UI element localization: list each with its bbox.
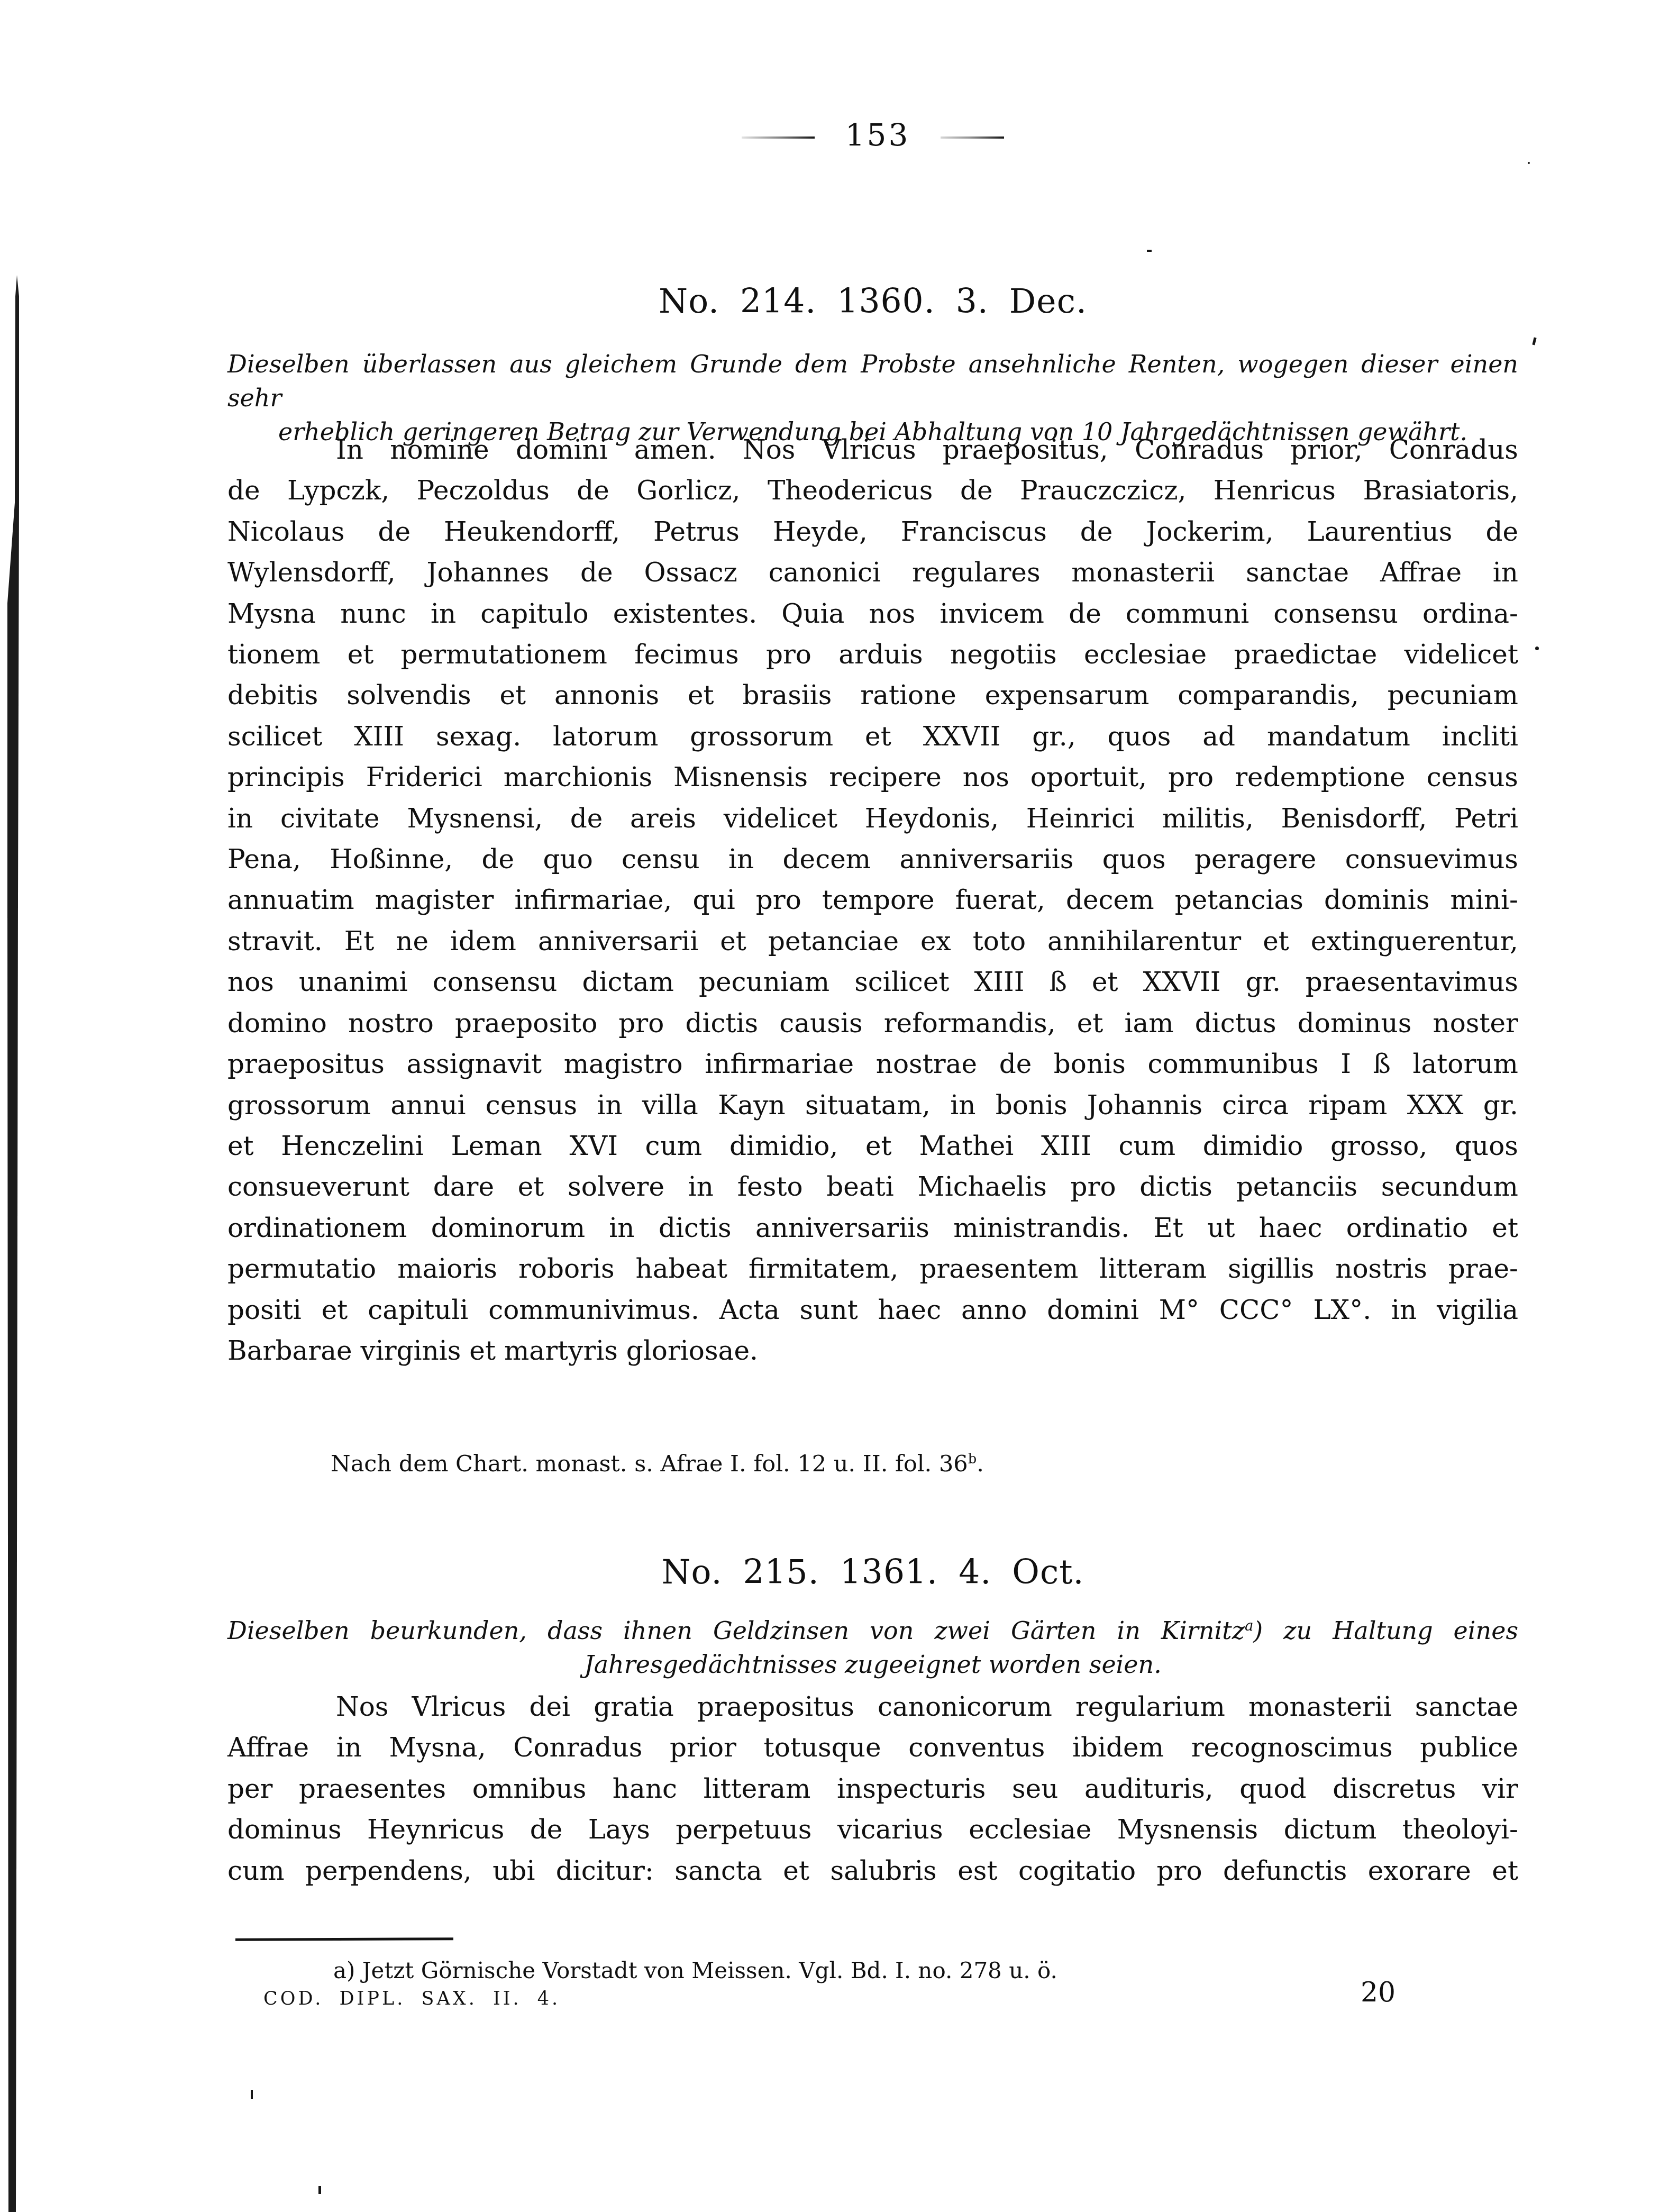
headnote-line: Dieselben beurkunden, dass ihnen Geldzin… <box>227 1614 1518 1647</box>
ink-speck <box>318 2186 321 2194</box>
body-line: de Lypczk, Peczoldus de Gorlicz, Theoder… <box>227 470 1518 511</box>
ink-speck <box>1535 647 1539 650</box>
body-line: Wylensdorff, Johannes de Ossacz canonici… <box>227 552 1518 593</box>
body-line: cum perpendens, ubi dicitur: sancta et s… <box>227 1851 1518 1891</box>
body-line: tionem et permutationem fecimus pro ardu… <box>227 634 1518 675</box>
doc214-source-note: Nach dem Chart. monast. s. Afrae I. fol.… <box>227 1451 1518 1478</box>
body-line: stravit. Et ne idem anniversarii et peta… <box>227 921 1518 962</box>
doc215-heading: No. 215. 1361. 4. Oct. <box>227 1555 1518 1589</box>
body-line: consueverunt dare et solvere in festo be… <box>227 1167 1518 1207</box>
headnote-line: Jahresgedächtnisses zugeeignet worden se… <box>227 1647 1518 1681</box>
page-number: 153 <box>845 120 910 150</box>
source-note-period: . <box>977 1451 984 1477</box>
body-line: et Henczelini Leman XVI cum dimidio, et … <box>227 1126 1518 1167</box>
doc214-body-paragraph: In nomine domini amen. Nos Vlricus praep… <box>227 430 1518 1371</box>
body-line: Affrae in Mysna, Conradus prior totusque… <box>227 1727 1518 1768</box>
headnote-text: Dieselben beurkunden, dass ihnen Geldzin… <box>227 1616 1245 1645</box>
footnote-separator-rule <box>235 1937 453 1941</box>
body-line: Barbarae virginis et martyris gloriosae. <box>227 1331 1518 1371</box>
body-line: grossorum annui census in villa Kayn sit… <box>227 1085 1518 1126</box>
ink-speck <box>1528 162 1530 164</box>
body-line: scilicet XIII sexag. latorum grossorum e… <box>227 716 1518 757</box>
ink-speck <box>1147 250 1152 252</box>
body-line: Pena, Hoßinne, de quo censu in decem ann… <box>227 839 1518 880</box>
scanned-book-page: 153 No. 214. 1360. 3. Dec. Dieselben übe… <box>0 0 1660 2212</box>
body-line: permutatio maioris roboris habeat firmit… <box>227 1249 1518 1289</box>
doc215-body-paragraph: Nos Vlricus dei gratia praepositus canon… <box>227 1687 1518 1891</box>
body-line: debitis solvendis et annonis et brasiis … <box>227 675 1518 716</box>
body-line: positi et capituli communivimus. Acta su… <box>227 1290 1518 1331</box>
doc215-footnote: a) Jetzt Görnische Vorstadt von Meissen.… <box>227 1958 1518 1984</box>
body-line: Mysna nunc in capitulo existentes. Quia … <box>227 594 1518 634</box>
body-line: In nomine domini amen. Nos Vlricus praep… <box>227 430 1518 470</box>
body-line: dominus Heynricus de Lays perpetuus vica… <box>227 1809 1518 1850</box>
page-header: 153 <box>227 120 1518 150</box>
body-line: domino nostro praeposito pro dictis caus… <box>227 1003 1518 1044</box>
body-line: nos unanimi consensu dictam pecuniam sci… <box>227 962 1518 1003</box>
footer-imprint: COD. DIPL. SAX. II. 4. <box>263 1988 560 2009</box>
ink-speck <box>251 2090 253 2099</box>
source-note-superscript: b <box>968 1451 977 1467</box>
doc215-headnote: Dieselben beurkunden, dass ihnen Geldzin… <box>227 1614 1518 1681</box>
body-line: annuatim magister infirmariae, qui pro t… <box>227 880 1518 921</box>
body-line: Nos Vlricus dei gratia praepositus canon… <box>227 1687 1518 1727</box>
body-line: principis Friderici marchionis Misnensis… <box>227 757 1518 798</box>
body-line: ordinationem dominorum in dictis anniver… <box>227 1208 1518 1249</box>
sheet-signature-number: 20 <box>1361 1977 1396 2008</box>
body-line: Nicolaus de Heukendorff, Petrus Heyde, F… <box>227 512 1518 552</box>
header-rule-right <box>941 136 1004 139</box>
source-note-text: Nach dem Chart. monast. s. Afrae I. fol.… <box>331 1451 968 1477</box>
doc214-heading: No. 214. 1360. 3. Dec. <box>227 285 1518 318</box>
gutter-shadow-artifact <box>3 275 26 2212</box>
ink-speck <box>1532 338 1536 345</box>
body-line: in civitate Mysnensi, de areis videlicet… <box>227 798 1518 839</box>
header-rule-left <box>742 136 815 139</box>
body-line: per praesentes omnibus hanc litteram ins… <box>227 1769 1518 1809</box>
body-line: praepositus assignavit magistro infirmar… <box>227 1044 1518 1085</box>
headnote-line: Dieselben überlassen aus gleichem Grunde… <box>227 347 1518 415</box>
headnote-text: ) zu Haltung eines <box>1253 1616 1518 1645</box>
footnote-marker-a: a <box>1245 1617 1253 1634</box>
